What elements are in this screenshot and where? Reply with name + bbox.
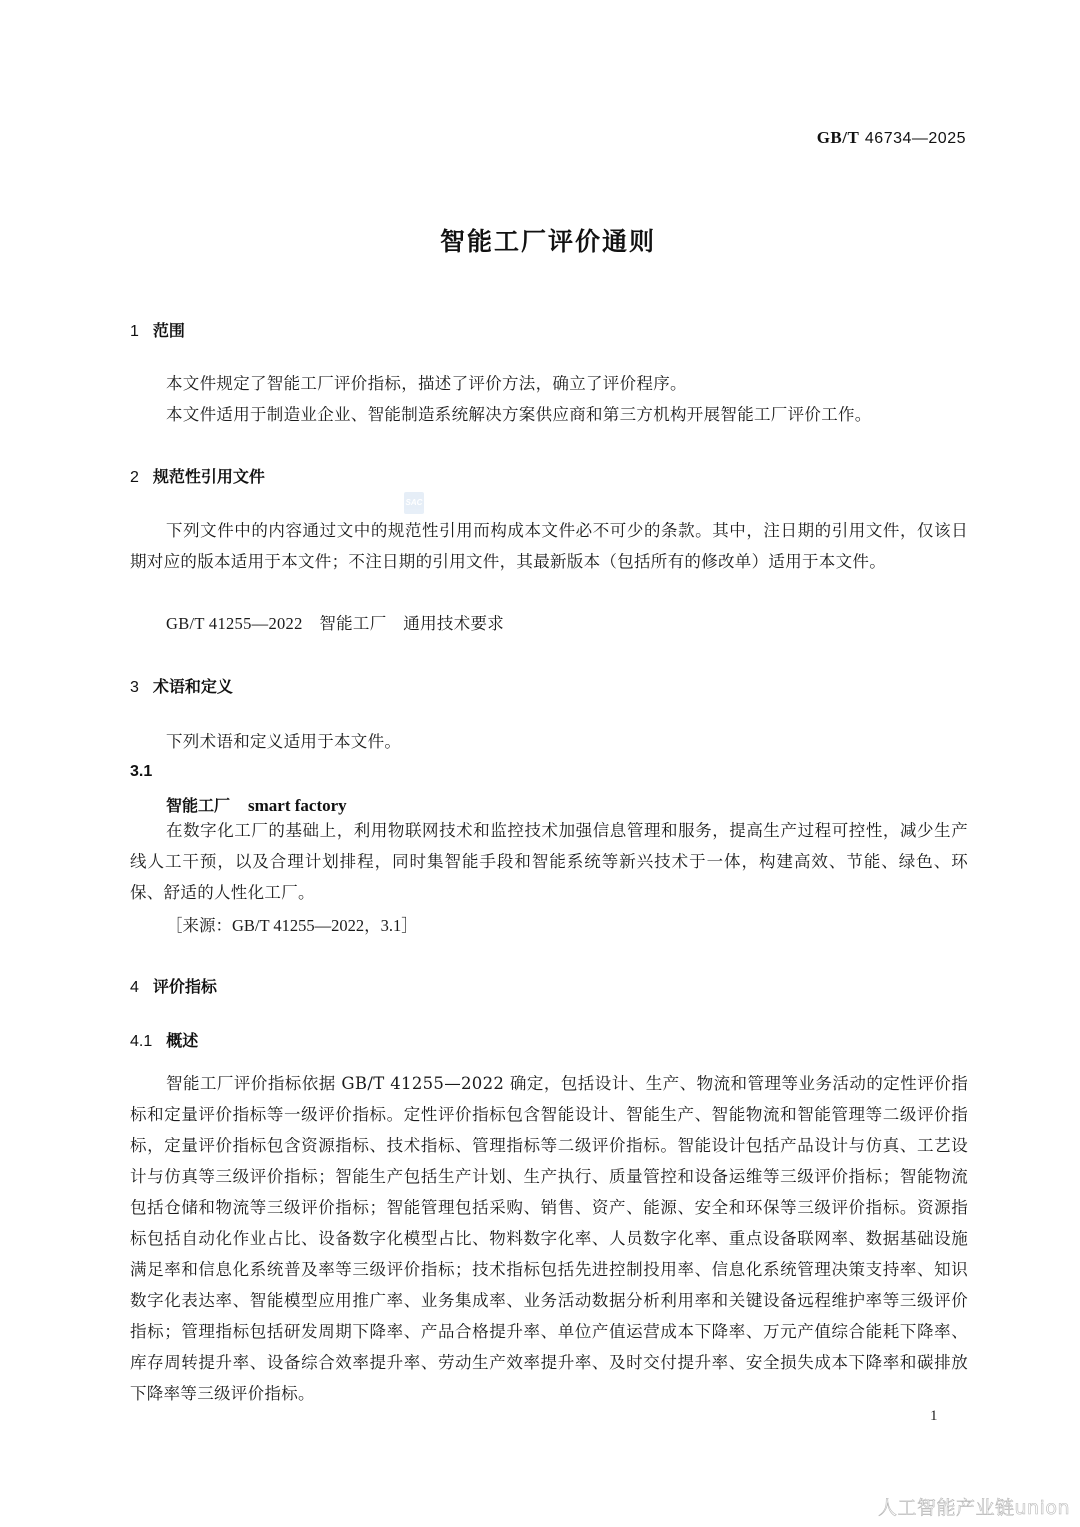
- paragraph: 本文件规定了智能工厂评价指标，描述了评价方法，确立了评价程序。: [130, 368, 968, 399]
- paragraph: 下列文件中的内容通过文中的规范性引用而构成本文件必不可少的条款。其中，注日期的引…: [130, 515, 968, 577]
- section-number: 3: [130, 679, 139, 697]
- section-title: 范围: [153, 321, 185, 340]
- term-title: 智能工厂smart factory: [166, 793, 347, 816]
- reference-code: GB/T 41255—2022: [166, 614, 303, 633]
- section-number: 4: [130, 979, 139, 997]
- section-number: 2: [130, 469, 139, 487]
- section-heading-4: 4评价指标: [130, 974, 217, 997]
- standard-code: GB/T 46734—2025: [817, 128, 966, 148]
- term-en: smart factory: [248, 796, 347, 815]
- section-title: 规范性引用文件: [153, 467, 265, 486]
- standard-prefix: GB/T: [817, 128, 860, 147]
- normative-reference: GB/T 41255—2022 智能工厂 通用技术要求: [130, 608, 968, 639]
- corner-watermark: 人工智能产业链union: [878, 1493, 1070, 1520]
- section-heading-1: 1范围: [130, 318, 185, 341]
- section-title: 术语和定义: [153, 677, 233, 696]
- standard-number: 46734—2025: [865, 130, 966, 147]
- section-number: 1: [130, 323, 139, 341]
- term-zh: 智能工厂: [166, 796, 230, 815]
- page-number: 1: [930, 1408, 938, 1425]
- document-page: GB/T 46734—2025 智能工厂评价通则 1范围 本文件规定了智能工厂评…: [0, 0, 1080, 1527]
- sac-logo-watermark: SAC: [404, 492, 424, 514]
- subsection-title: 概述: [166, 1031, 198, 1050]
- term-definition: 在数字化工厂的基础上，利用物联网技术和监控技术加强信息管理和服务，提高生产过程可…: [130, 815, 968, 908]
- term-source: ［来源：GB/T 41255—2022，3.1］: [166, 912, 418, 936]
- subsection-heading-4-1: 4.1概述: [130, 1028, 198, 1051]
- paragraph: 本文件适用于制造业企业、智能制造系统解决方案供应商和第三方机构开展智能工厂评价工…: [130, 399, 968, 430]
- section-title: 评价指标: [153, 977, 217, 996]
- term-number: 3.1: [130, 763, 152, 781]
- section-heading-3: 3术语和定义: [130, 674, 233, 697]
- document-title: 智能工厂评价通则: [0, 222, 1080, 258]
- reference-name: 智能工厂 通用技术要求: [319, 614, 504, 633]
- paragraph: 智能工厂评价指标依据 GB/T 41255—2022 确定，包括设计、生产、物流…: [130, 1068, 968, 1409]
- paragraph: 下列术语和定义适用于本文件。: [130, 726, 968, 757]
- section-heading-2: 2规范性引用文件: [130, 464, 265, 487]
- subsection-number: 4.1: [130, 1033, 152, 1051]
